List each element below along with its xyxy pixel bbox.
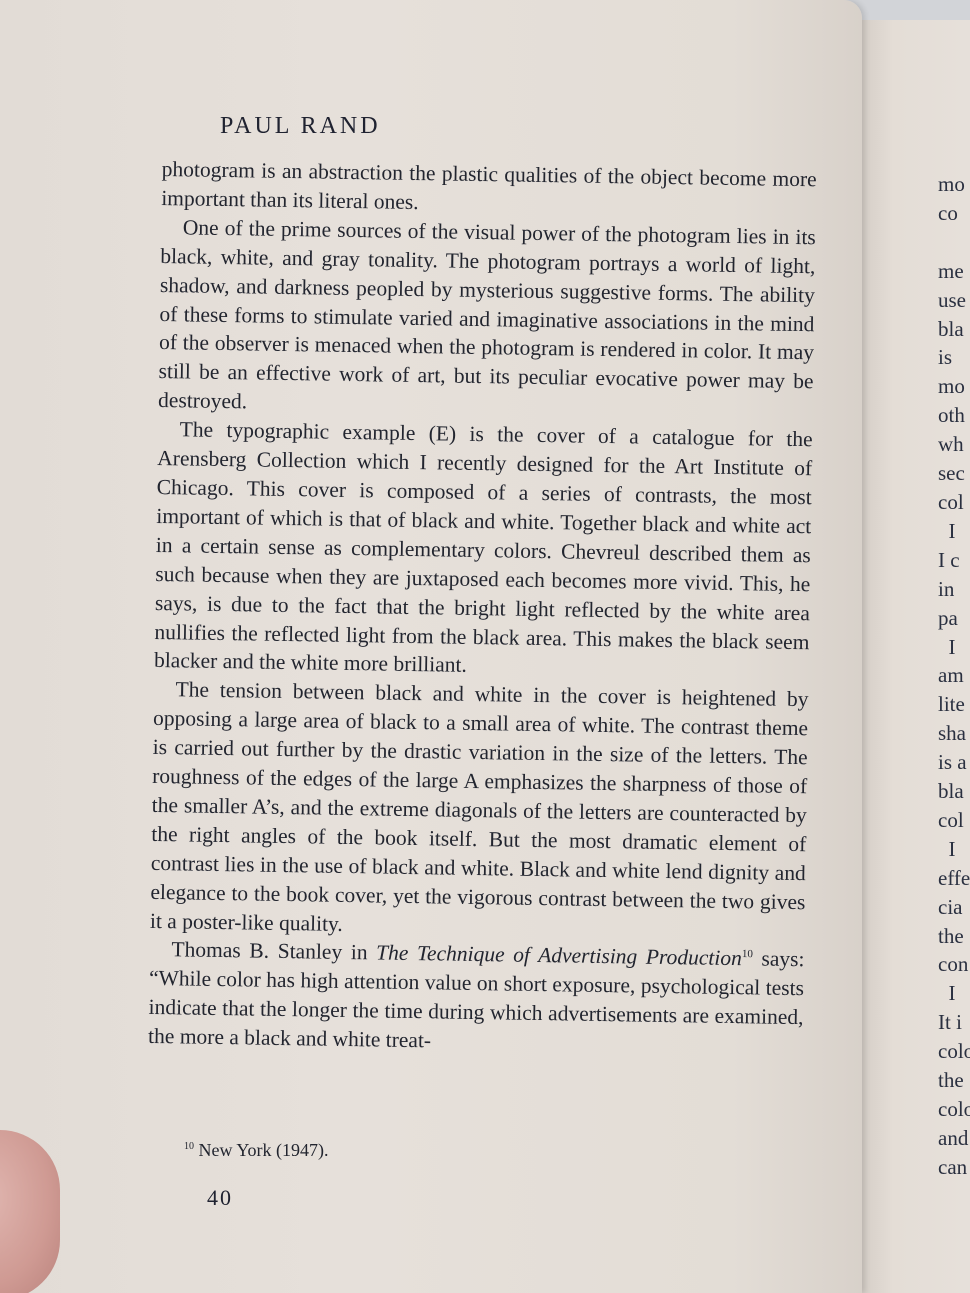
paragraph: photogram is an abstraction the plastic …	[161, 155, 817, 223]
footnote: 10 New York (1947).	[184, 1140, 329, 1161]
book-title: The Technique of Advertising Production	[376, 941, 742, 971]
paragraph: The typographic example (E) is the cover…	[154, 415, 813, 685]
paragraph-quote: Thomas B. Stanley in The Technique of Ad…	[148, 935, 805, 1061]
paragraph: One of the prime sources of the visual p…	[158, 213, 816, 426]
text: Thomas B. Stanley in	[171, 938, 376, 965]
footnote-number: 10	[184, 1141, 194, 1152]
right-page-text-fragments: mo co me use bla is mo oth wh sec col I …	[938, 170, 970, 1182]
body-text: photogram is an abstraction the plastic …	[148, 155, 817, 1061]
paragraph: The tension between black and white in t…	[150, 675, 809, 945]
footnote-text: New York (1947).	[199, 1140, 329, 1160]
running-head: PAUL RAND	[220, 113, 381, 140]
page-number: 40	[207, 1185, 233, 1211]
footnote-ref: 10	[742, 949, 753, 961]
